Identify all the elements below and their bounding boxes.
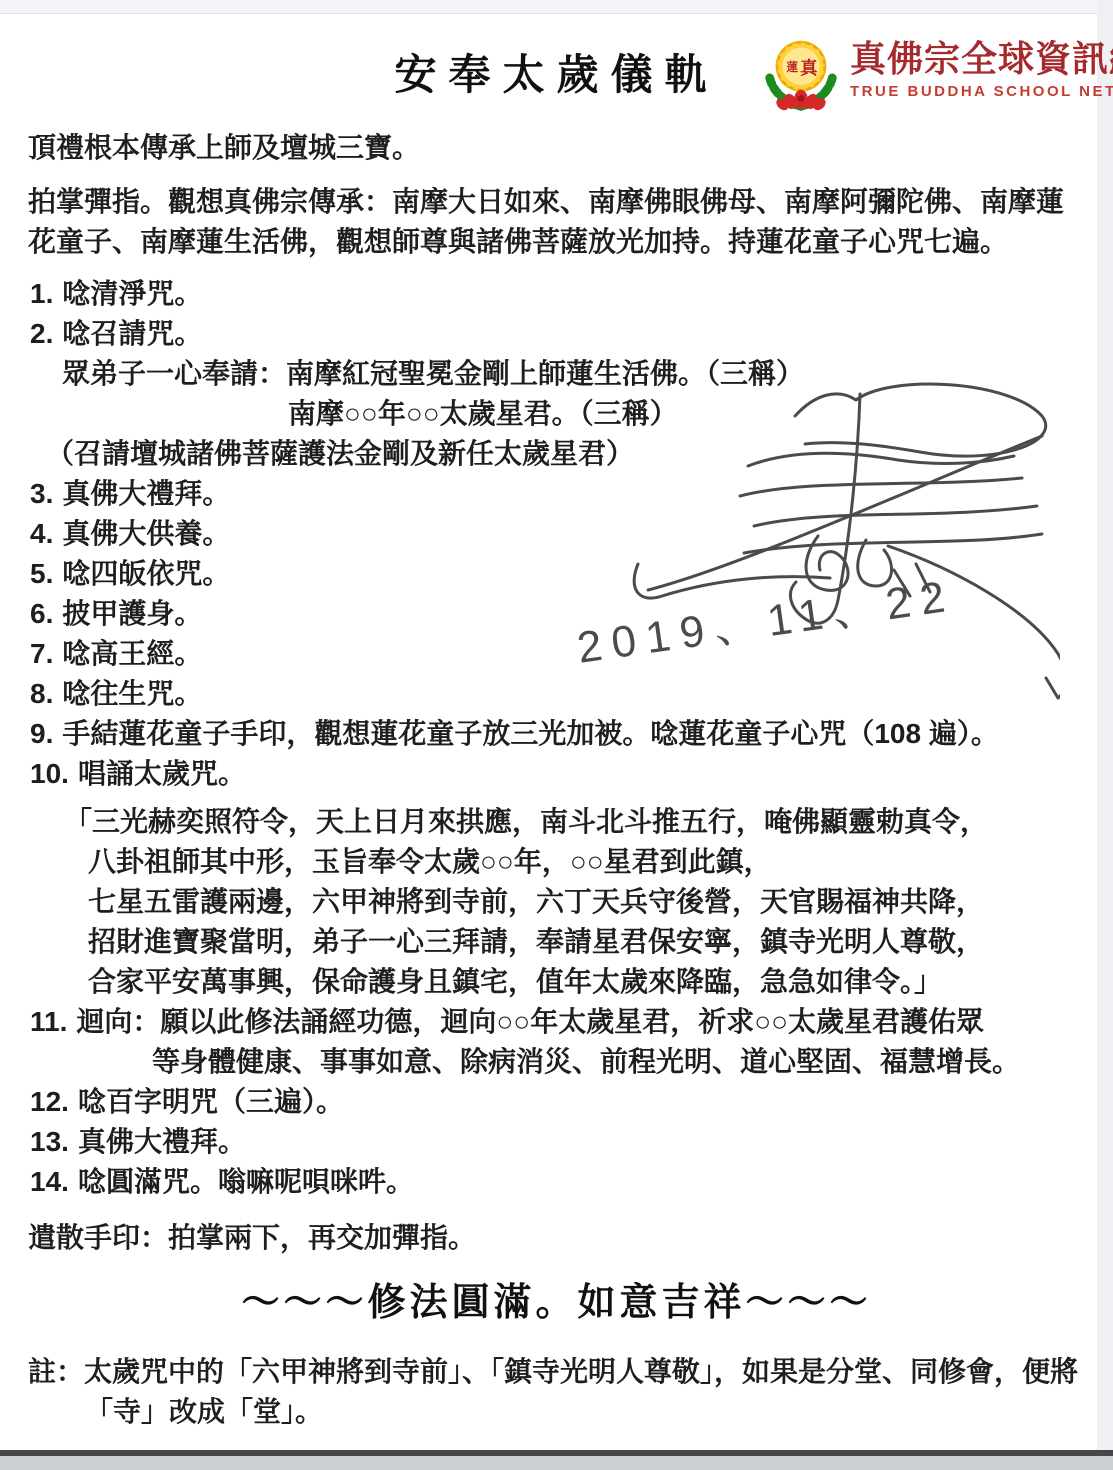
- step-text: 唸四皈依咒。: [62, 558, 230, 589]
- step-12: 12.唸百字明咒（三遍）。: [30, 1082, 1113, 1122]
- intro-homage-line: 頂禮根本傳承上師及壇城三寶。: [28, 128, 1113, 168]
- step-text: 唸百字明咒（三遍）。: [78, 1086, 344, 1117]
- step-10: 10.唱誦太歲咒。: [30, 754, 1113, 794]
- mantra-line-1: 「三光赫奕照符令，天上日月來拱應，南斗北斗推五行，唵佛顯靈勅真令，: [64, 802, 1113, 842]
- step-2: 2.唸召請咒。: [30, 314, 1113, 354]
- step-number: 12.: [30, 1082, 69, 1122]
- taisui-mantra-block: 「三光赫奕照符令，天上日月來拱應，南斗北斗推五行，唵佛顯靈勅真令， 八卦祖師其中…: [30, 802, 1113, 1002]
- step-11: 11.迴向：願以此修法誦經功德，迴向○○年太歲星君，祈求○○太歲星君護佑眾: [30, 1002, 1113, 1042]
- intro-visualization-line-1: 拍掌彈指。觀想真佛宗傳承：南摩大日如來、南摩佛眼佛母、南摩阿彌陀佛、南摩蓮: [28, 182, 1113, 222]
- step-text: 真佛大供養。: [62, 518, 230, 549]
- step-number: 1.: [30, 274, 53, 314]
- step-text: 唸高王經。: [62, 638, 202, 669]
- dismissal-mudra-line: 遣散手印：拍掌兩下，再交加彈指。: [28, 1218, 1113, 1258]
- step-number: 6.: [30, 594, 53, 634]
- svg-text:真: 真: [800, 58, 819, 78]
- step-number: 10.: [30, 754, 69, 794]
- lotus-emblem-icon: 蓮 真: [756, 36, 846, 116]
- footnote-block: 註：太歲咒中的「六甲神將到寺前」、「鎮寺光明人尊敬」，如果是分堂、同修會，便將 …: [28, 1352, 1113, 1432]
- step-number: 8.: [30, 674, 53, 714]
- scan-edge-bottom: [0, 1456, 1113, 1470]
- intro-visualization-line-2: 花童子、南摩蓮生活佛，觀想師尊與諸佛菩薩放光加持。持蓮花童子心咒七遍。: [28, 222, 1113, 262]
- logo-text: 真佛宗全球資訊網 TRUE BUDDHA SCHOOL NET: [850, 36, 1113, 101]
- step-text: 唸召請咒。: [62, 318, 202, 349]
- step-number: 7.: [30, 634, 53, 674]
- scan-edge-top: [0, 0, 1113, 14]
- step-text: 手結蓮花童子手印，觀想蓮花童子放三光加被。唸蓮花童子心咒（108 遍）。: [62, 718, 999, 749]
- scanned-document-page: 安奉太歲儀軌 蓮 真 真佛宗全球資訊網 TRUE BUDDHA SCHOOL N…: [0, 0, 1113, 1470]
- step-text: 真佛大禮拜。: [62, 478, 230, 509]
- step-text: 迴向：願以此修法誦經功德，迴向○○年太歲星君，祈求○○太歲星君護佑眾: [76, 1006, 984, 1037]
- step-number: 2.: [30, 314, 53, 354]
- step-text: 真佛大禮拜。: [78, 1126, 246, 1157]
- step-11-continuation: 等身體健康、事事如意、除病消災、前程光明、道心堅固、福慧增長。: [152, 1042, 1113, 1082]
- step-13: 13.真佛大禮拜。: [30, 1122, 1113, 1162]
- logo-chinese-name: 真佛宗全球資訊網: [850, 36, 1113, 82]
- step-number: 14.: [30, 1162, 69, 1202]
- step-9: 9.手結蓮花童子手印，觀想蓮花童子放三光加被。唸蓮花童子心咒（108 遍）。: [30, 714, 1113, 754]
- step-text: 唸往生咒。: [62, 678, 202, 709]
- svg-text:蓮: 蓮: [786, 60, 798, 74]
- step-text: 披甲護身。: [62, 598, 202, 629]
- mantra-line-3: 七星五雷護兩邊，六甲神將到寺前，六丁天兵守後營，天官賜福神共降，: [88, 882, 1113, 922]
- closing-blessing-line: ～～～修法圓滿。如意吉祥～～～: [0, 1276, 1113, 1330]
- step-text: 唱誦太歲咒。: [78, 758, 246, 789]
- footnote-line-1: 註：太歲咒中的「六甲神將到寺前」、「鎮寺光明人尊敬」，如果是分堂、同修會，便將: [28, 1352, 1113, 1392]
- step-number: 9.: [30, 714, 53, 754]
- scan-edge-right: [1097, 0, 1113, 1470]
- true-buddha-school-net-logo: 蓮 真 真佛宗全球資訊網 TRUE BUDDHA SCHOOL NET: [756, 36, 1113, 116]
- intro-visualization-paragraph: 拍掌彈指。觀想真佛宗傳承：南摩大日如來、南摩佛眼佛母、南摩阿彌陀佛、南摩蓮 花童…: [28, 182, 1113, 262]
- step-number: 11.: [30, 1002, 67, 1042]
- step-text: 唸圓滿咒。嗡嘛呢唄咪吽。: [78, 1166, 414, 1197]
- step-number: 4.: [30, 514, 53, 554]
- footnote-line-2: 「寺」改成「堂」。: [85, 1392, 1113, 1432]
- step-14: 14.唸圓滿咒。嗡嘛呢唄咪吽。: [30, 1162, 1113, 1202]
- mantra-line-2: 八卦祖師其中形，玉旨奉令太歲○○年，○○星君到此鎮，: [88, 842, 1113, 882]
- mantra-line-5: 合家平安萬事興，保命護身且鎮宅，值年太歲來降臨，急急如律令。」: [88, 962, 1113, 1002]
- step-number: 5.: [30, 554, 53, 594]
- mantra-line-4: 招財進寶聚當明，弟子一心三拜請，奉請星君保安寧，鎮寺光明人尊敬，: [88, 922, 1113, 962]
- step-number: 13.: [30, 1122, 69, 1162]
- logo-english-name: TRUE BUDDHA SCHOOL NET: [850, 83, 1113, 101]
- step-number: 3.: [30, 474, 53, 514]
- step-text: 唸清淨咒。: [62, 278, 202, 309]
- step-1: 1.唸清淨咒。: [30, 274, 1113, 314]
